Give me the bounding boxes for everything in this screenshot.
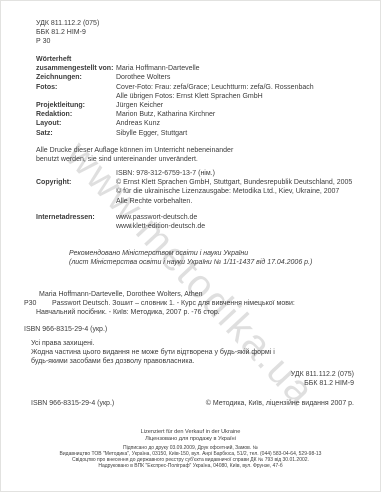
credit-value: Andreas Kunz [116, 119, 314, 128]
isbn-ukrainian-lower: ISBN 966-8315-29-4 (укр.) [31, 399, 114, 408]
bibliographic-entry: Maria Hoffmann-Dartevelle, Dorothee Wolt… [24, 290, 295, 318]
internet-label-spacer [36, 222, 116, 231]
publisher-copyright: © Методика, Київ, ліцензійне видання 200… [206, 399, 354, 408]
credits-grid: zusammengestellt von: Maria Hoffmann-Dar… [36, 64, 314, 138]
booklet-title: Wörterheft [36, 55, 314, 64]
ministry-recommendation: Рекомендовано Міністерством освіти і нау… [69, 249, 312, 267]
credit-value: Dorothee Wolters [116, 73, 314, 82]
classification-codes-top: УДК 811.112.2 (075) ББК 81.2 НІМ-9 Р 30 [36, 19, 99, 47]
url-klett-edition: www.klett-edition-deutsch.de [116, 222, 205, 231]
credit-value: Maria Hoffmann-Dartevelle [116, 64, 314, 73]
imprint-page: www.metodika.ua УДК 811.112.2 (075) ББК … [0, 0, 381, 492]
edition-note: Alle Drucke dieser Auflage können im Unt… [36, 146, 233, 164]
edition-note-line: Alle Drucke dieser Auflage können im Unt… [36, 146, 233, 155]
imprint-line: Надруковано в ВПК "Експрес-Поліграф" Укр… [1, 463, 380, 469]
license-statement: Lizenziert für den Verkauf in der Ukrain… [1, 429, 380, 443]
printing-imprint: Підписано до друку 03.09.2009, Друк офсе… [1, 445, 380, 469]
credit-label: Zeichnungen: [36, 73, 116, 82]
credit-label: Satz: [36, 129, 116, 138]
udc-code-bottom: УДК 811.112.2 (075) [291, 370, 354, 379]
url-passwort-deutsch: www.passwort-deutsch.de [116, 213, 205, 222]
credit-value: Jürgen Keicher [116, 101, 314, 110]
credit-value: Cover-Foto: Frau: zefa/Grace; Leuchtturm… [116, 83, 314, 92]
bbk-code: ББК 81.2 НІМ-9 [36, 28, 99, 37]
bottom-isbn-row: ISBN 966-8315-29-4 (укр.) © Методика, Ки… [31, 399, 354, 408]
biblio-main-line: Р30 Passwort Deutsch. Зошит – словник 1.… [24, 299, 295, 308]
copyright-line: © für die ukrainische Lizenzausgabe: Met… [116, 187, 352, 196]
rights-line: Жодна частина цього видання не може бути… [31, 348, 275, 357]
recommendation-line: Рекомендовано Міністерством освіти і нау… [69, 249, 312, 258]
credit-value: Sibylle Egger, Stuttgart [116, 129, 314, 138]
author-sign-code: Р 30 [36, 37, 99, 46]
isbn-ukrainian-upper: ISBN 966-8315-29-4 (укр.) [24, 325, 107, 334]
recommendation-line: (лист Міністерства освіти і науки Україн… [69, 258, 312, 267]
udc-code: УДК 811.112.2 (075) [36, 19, 99, 28]
copyright-label: Copyright: [36, 178, 116, 187]
copyright-line: © Ernst Klett Sprachen GmbH, Stuttgart, … [116, 178, 352, 187]
internet-block: Internetadressen: www.passwort-deutsch.d… [36, 213, 205, 231]
biblio-subtitle: Навчальний посібник. - Київ: Методика, 2… [36, 308, 295, 317]
credits-block: Wörterheft zusammengestellt von: Maria H… [36, 55, 314, 138]
license-line-german: Lizenziert für den Verkauf in der Ukrain… [1, 429, 380, 436]
credit-label: Fotos: [36, 83, 116, 92]
bbk-code-bottom: ББК 81.2 НІМ-9 [291, 379, 354, 388]
rights-line: Усі права захищені. [31, 339, 275, 348]
credit-value: Alle übrigen Fotos: Ernst Klett Sprachen… [116, 92, 314, 101]
biblio-code: Р30 [24, 299, 52, 308]
credit-label: Projektleitung: [36, 101, 116, 110]
rights-statement: Усі права захищені. Жодна частина цього … [31, 339, 275, 367]
credit-label: Redaktion: [36, 110, 116, 119]
license-line-ukrainian: Ліцензовано для продажу в Україні [1, 436, 380, 443]
credit-label: Layout: [36, 119, 116, 128]
copyright-block: ISBN: 978-312-6759-13-7 (нім.) Copyright… [36, 169, 352, 206]
edition-note-line: benutzt werden, sie sind untereinander u… [36, 155, 233, 164]
isbn-german: ISBN: 978-312-6759-13-7 (нім.) [116, 169, 352, 178]
classification-codes-bottom: УДК 811.112.2 (075) ББК 81.2 НІМ-9 [291, 370, 354, 388]
copyright-label-spacer [36, 187, 116, 196]
copyright-label-spacer [36, 169, 116, 178]
copyright-label-spacer [36, 197, 116, 206]
internet-label: Internetadressen: [36, 213, 116, 222]
credit-label [36, 92, 116, 101]
rights-line: будь-якими засобами без дозволу правовла… [31, 357, 275, 366]
credit-label: zusammengestellt von: [36, 64, 116, 73]
biblio-authors: Maria Hoffmann-Dartevelle, Dorothee Wolt… [39, 290, 295, 299]
credit-value: Marion Butz, Katharina Kirchner [116, 110, 314, 119]
biblio-title: Passwort Deutsch. Зошит – словник 1. - К… [52, 299, 295, 308]
rights-reserved-line: Alle Rechte vorbehalten. [116, 197, 352, 206]
